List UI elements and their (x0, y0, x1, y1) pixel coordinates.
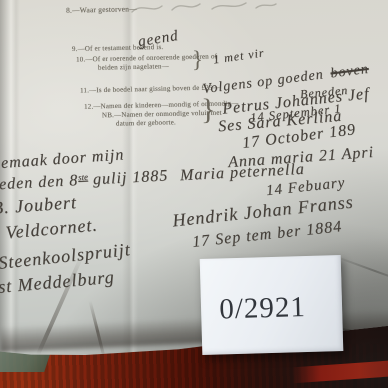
photo-of-document: 8.—Waar gestorven— 9.—Of er testament be… (0, 0, 388, 388)
handwritten-left-line2-post: gulij 1885 (88, 167, 169, 188)
form-line-10b: beiden zijn nagelaten— (98, 62, 169, 72)
handwritten-left-line2: neden den 8ste gulij 1885 (0, 167, 169, 194)
handwritten-left-line2-pre: neden den 8 (0, 172, 79, 194)
handwritten-superscript: ste (78, 172, 88, 182)
form-line-8: 8.—Waar gestorven— (66, 4, 137, 15)
archive-label-card: 0/2921 (200, 255, 344, 355)
brace-item-10: } (192, 47, 203, 73)
form-line-12c: datum der geboorte. (116, 118, 176, 127)
handwritten-answer-9: geend (137, 28, 180, 51)
handwritten-struck-word: boven (330, 62, 370, 82)
handwritten-answer-10: 1 met vir (212, 45, 265, 67)
form-line-11: 11.—Is de boedel naar gissing boven de £… (80, 83, 220, 94)
faded-handwriting-answer8 (128, 0, 278, 18)
archive-reference-number: 0/2921 (219, 291, 306, 326)
handwritten-signature: B. Joubert (0, 192, 78, 219)
